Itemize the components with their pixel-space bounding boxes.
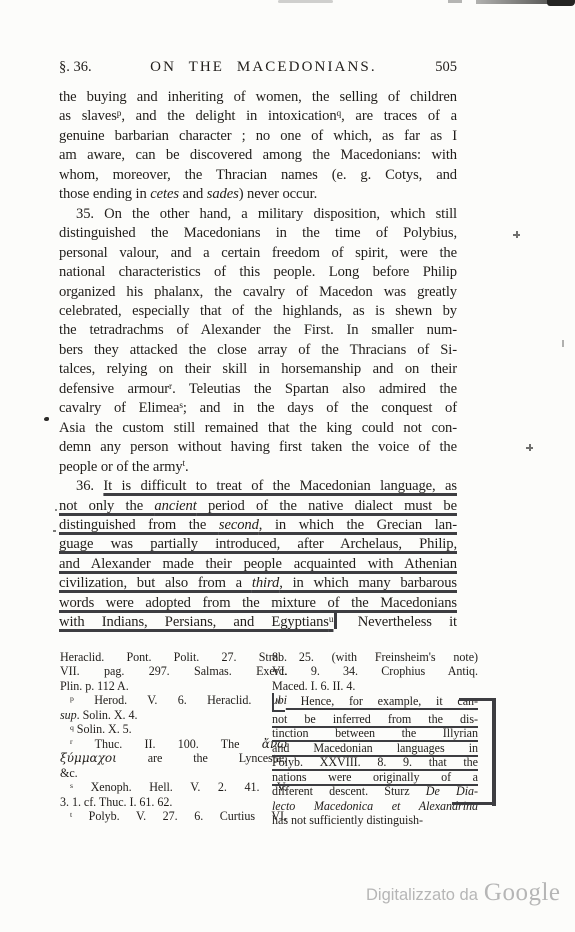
text-segment: not only the: [59, 498, 154, 514]
text-line: national characteristics of this people.…: [59, 263, 457, 282]
text-segment: ancient: [154, 498, 196, 514]
text-line: cavalry of Elimeas; and in the days of t…: [59, 399, 457, 418]
text-segment: Solin. X. 5.: [74, 722, 132, 736]
text-line: 35. On the other hand, a military dispos…: [59, 205, 457, 224]
text-segment: celebrated, especially that of the highl…: [59, 303, 457, 319]
reference-marker: p: [70, 694, 74, 703]
text-line: words were adopted from the mixture of t…: [59, 594, 457, 613]
text-segment: different descent. Sturz: [272, 784, 426, 798]
text-segment: as slaves: [59, 108, 117, 124]
reference-marker: s: [70, 781, 73, 790]
text-line: not only the ancient period of the nativ…: [59, 497, 457, 516]
text-segment: tinction between the Illyrian: [272, 726, 478, 740]
text-segment: are the Lyncestæ,: [117, 751, 287, 765]
text-segment: ; and in the days of the conquest of: [183, 400, 457, 416]
text-line: has not sufficiently distinguish-: [272, 813, 478, 827]
text-segment: national characteristics of this people.…: [59, 264, 457, 280]
text-segment: demn any person without having first tak…: [59, 439, 457, 455]
text-segment: Plin. p. 112 A.: [60, 679, 129, 693]
text-segment: those ending in: [59, 186, 150, 202]
text-segment: Asia the custom still remained that the …: [59, 420, 457, 436]
text-segment: ) never occur.: [239, 186, 317, 202]
footnote-col-left: Heraclid. Pont. Polit. 27. Strab.VII. pa…: [60, 650, 287, 823]
text-line: sup. Solin. X. 4.: [60, 708, 287, 722]
page-title: ON THE MACEDONIANS.: [150, 59, 377, 76]
text-segment: sup: [60, 708, 77, 722]
text-line: nations were originally of a: [272, 770, 478, 784]
text-line: whom, moreover, the Thracian names (e. g…: [59, 166, 457, 185]
text-line: 3. 1. cf. Thuc. I. 61. 62.: [60, 795, 287, 809]
text-segment: . Teleutias the Spartan also admired the: [172, 381, 457, 397]
text-segment: . Solin. X. 4.: [77, 708, 138, 722]
text-line: q Solin. X. 5.: [60, 722, 287, 736]
text-segment: organized his phalanx, the cavalry of Ma…: [59, 284, 457, 300]
text-line: p Herod. V. 6. Heraclid. ubi: [60, 693, 287, 707]
text-segment: period of the native dialect must be: [197, 498, 457, 514]
text-line: not be inferred from the dis-: [272, 712, 478, 726]
reference-marker: r: [70, 737, 73, 746]
text-segment: Polyb. V. 27. 6. Curtius VI.: [72, 809, 287, 823]
scan-streak: [278, 0, 333, 3]
text-line: Heraclid. Pont. Polit. 27. Strab.: [60, 650, 287, 664]
text-segment: personal valour, and a certain freedom o…: [59, 245, 457, 261]
text-line: bers they attacked the close array of th…: [59, 341, 457, 360]
text-segment: Thuc. II. 100. The: [73, 737, 262, 751]
text-line: Asia the custom still remained that the …: [59, 419, 457, 438]
text-line: r Thuc. II. 100. The ἄνω: [60, 737, 287, 751]
text-line: u Hence, for example, it can-: [272, 693, 478, 711]
text-line: ξύμμαχοι are the Lyncestæ,: [60, 751, 287, 765]
text-line: VII. pag. 297. Salmas. Exerc.: [60, 664, 287, 678]
text-segment: Herod. V. 6. Heraclid.: [74, 693, 272, 707]
google-logo: Google: [484, 879, 561, 907]
text-line: Polyb. XXVIII. 8. 9. that the: [272, 755, 478, 769]
text-segment: Nevertheless it: [340, 614, 457, 630]
pen-corner-mark: u: [272, 693, 285, 711]
scanned-book-page: §. 36. ON THE MACEDONIANS. 505 the buyin…: [0, 0, 575, 932]
text-line: t Polyb. V. 27. 6. Curtius VI.: [60, 809, 287, 823]
watermark-text: Digitalizzato da: [366, 886, 478, 905]
text-segment: &c.: [60, 766, 78, 780]
plus-mark: [513, 231, 520, 238]
text-segment: words were adopted from the mixture of t…: [59, 595, 457, 611]
scan-streak: [547, 0, 575, 6]
ink-speck: [55, 509, 57, 511]
text-segment: Hence, for example, it can-: [286, 694, 478, 708]
text-segment: 8. 25. (with Freinsheim's note): [272, 650, 478, 664]
text-segment: the tetradrachms of Alexander the First.…: [59, 322, 457, 338]
text-line: celebrated, especially that of the highl…: [59, 302, 457, 321]
text-segment: has not sufficiently distinguish-: [272, 813, 423, 827]
text-line: 36. It is difficult to treat of the Mace…: [59, 477, 457, 496]
pen-vertical-mark: [334, 613, 337, 629]
text-line: distinguished the Macedonians in the tim…: [59, 224, 457, 243]
text-segment: nations were originally of a: [272, 770, 478, 784]
reference-marker: t: [183, 459, 186, 469]
text-line: demn any person without having first tak…: [59, 438, 457, 457]
plus-mark: [526, 444, 533, 451]
text-line: VI. 9. 34. Crophius Antiq.: [272, 664, 478, 678]
text-segment: De Dia-: [426, 784, 478, 798]
text-line: the buying and inheriting of women, the …: [59, 88, 457, 107]
text-segment: talces, relying on their skill in horsem…: [59, 361, 457, 377]
text-segment: genuine barbarian character ; no one of …: [59, 128, 457, 144]
text-segment: , in which many barbarous: [279, 575, 457, 591]
scan-streak: [448, 0, 462, 3]
text-line: people or of the armyt.: [59, 458, 457, 477]
reference-marker: p: [117, 109, 122, 119]
text-line: lecto Macedonica et Alexandrina: [272, 799, 478, 813]
text-line: and Alexander made their people acquaint…: [59, 555, 457, 574]
section-number: §. 36.: [59, 59, 92, 76]
text-segment: Polyb. XXVIII. 8. 9. that the: [272, 755, 478, 769]
text-segment: with Indians, Persians, and Egyptians: [59, 614, 329, 630]
ink-speck: [44, 417, 49, 421]
text-segment: and: [179, 186, 207, 202]
text-line: Plin. p. 112 A.: [60, 679, 287, 693]
text-segment: guage was partially introduced, after Ar…: [59, 536, 457, 552]
text-segment: people or of the army: [59, 459, 183, 475]
text-line: the tetradrachms of Alexander the First.…: [59, 321, 457, 340]
text-segment: cetes: [150, 186, 179, 202]
text-segment: It is difficult to treat of the Macedoni…: [103, 478, 457, 494]
footnote-marker: u: [277, 696, 281, 705]
reference-marker: q: [337, 109, 342, 119]
text-segment: ξύμμαχοι: [60, 751, 117, 765]
text-segment: and Macedonian languages in: [272, 741, 478, 755]
text-line: s Xenoph. Hell. V. 2. 41. V.: [60, 780, 287, 794]
text-segment: distinguished the Macedonians in the tim…: [59, 225, 457, 241]
text-line: talces, relying on their skill in horsem…: [59, 360, 457, 379]
text-segment: .: [185, 459, 189, 475]
text-segment: 36.: [76, 478, 103, 494]
text-segment: , are traces of a: [341, 108, 457, 124]
text-segment: VI. 9. 34. Crophius Antiq.: [272, 664, 478, 678]
text-segment: distinguished from the: [59, 517, 219, 533]
text-segment: 35. On the other hand, a military dispos…: [76, 206, 457, 222]
paragraph: 35. On the other hand, a military dispos…: [59, 205, 457, 477]
text-segment: not be inferred from the dis-: [272, 712, 478, 726]
text-line: as slavesp, and the delight in intoxicat…: [59, 107, 457, 126]
reference-marker: r: [169, 382, 172, 392]
text-line: guage was partially introduced, after Ar…: [59, 535, 457, 554]
text-line: Maced. I. 6. II. 4.: [272, 679, 478, 693]
text-segment: second: [219, 517, 259, 533]
text-segment: VII. pag. 297. Salmas. Exerc.: [60, 664, 287, 678]
pen-bracket-bottom-connector: [452, 802, 495, 805]
text-line: different descent. Sturz De Dia-: [272, 784, 478, 798]
text-line: am aware, can be discovered among the Ma…: [59, 146, 457, 165]
watermark: Digitalizzato da Google: [366, 879, 561, 907]
text-segment: cavalry of Elimea: [59, 400, 179, 416]
pen-bracket-top-connector: [459, 698, 495, 701]
text-segment: Xenoph. Hell. V. 2. 41. V.: [73, 780, 287, 794]
text-line: &c.: [60, 766, 287, 780]
paragraph: 36. It is difficult to treat of the Mace…: [59, 477, 457, 633]
text-line: with Indians, Persians, and Egyptiansu N…: [59, 613, 457, 632]
text-line: 8. 25. (with Freinsheim's note): [272, 650, 478, 664]
text-segment: Maced. I. 6. II. 4.: [272, 679, 355, 693]
text-segment: bers they attacked the close array of th…: [59, 342, 457, 358]
text-segment: lecto Macedonica et Alexandrina: [272, 799, 478, 813]
text-segment: third: [252, 575, 279, 591]
text-line: personal valour, and a certain freedom o…: [59, 244, 457, 263]
text-line: defensive armourr. Teleutias the Spartan…: [59, 380, 457, 399]
text-line: genuine barbarian character ; no one of …: [59, 127, 457, 146]
text-segment: , and the delight in intoxication: [121, 108, 336, 124]
page-header: §. 36. ON THE MACEDONIANS. 505: [59, 59, 457, 76]
text-line: organized his phalanx, the cavalry of Ma…: [59, 283, 457, 302]
text-segment: and Alexander made their people acquaint…: [59, 556, 457, 572]
text-segment: whom, moreover, the Thracian names (e. g…: [59, 167, 457, 183]
text-segment: Heraclid. Pont. Polit. 27. Strab.: [60, 650, 287, 664]
reference-marker: s: [179, 401, 183, 411]
text-segment: defensive armour: [59, 381, 169, 397]
paragraph: the buying and inheriting of women, the …: [59, 88, 457, 205]
text-segment: civilization, but also from a: [59, 575, 252, 591]
text-line: civilization, but also from a third, in …: [59, 574, 457, 593]
text-segment: the buying and inheriting of women, the …: [59, 89, 457, 105]
text-segment: 3. 1. cf. Thuc. I. 61. 62.: [60, 795, 172, 809]
reference-marker: t: [70, 810, 72, 819]
text-segment: am aware, can be discovered among the Ma…: [59, 147, 457, 163]
reference-marker: u: [329, 615, 334, 625]
text-line: distinguished from the second, in which …: [59, 516, 457, 535]
text-line: those ending in cetes and sades) never o…: [59, 185, 457, 204]
main-text: the buying and inheriting of women, the …: [59, 88, 457, 633]
text-segment: , in which the Grecian lan-: [259, 517, 457, 533]
page-number: 505: [435, 59, 457, 76]
text-segment: sades: [207, 186, 239, 202]
ink-speck: [53, 530, 56, 532]
text-line: tinction between the Illyrian: [272, 726, 478, 740]
reference-marker: q: [70, 723, 74, 732]
pen-bracket-vertical: [492, 698, 496, 806]
ink-speck: [562, 340, 564, 347]
text-line: and Macedonian languages in: [272, 741, 478, 755]
footnote-col-right: 8. 25. (with Freinsheim's note)VI. 9. 34…: [272, 650, 478, 827]
